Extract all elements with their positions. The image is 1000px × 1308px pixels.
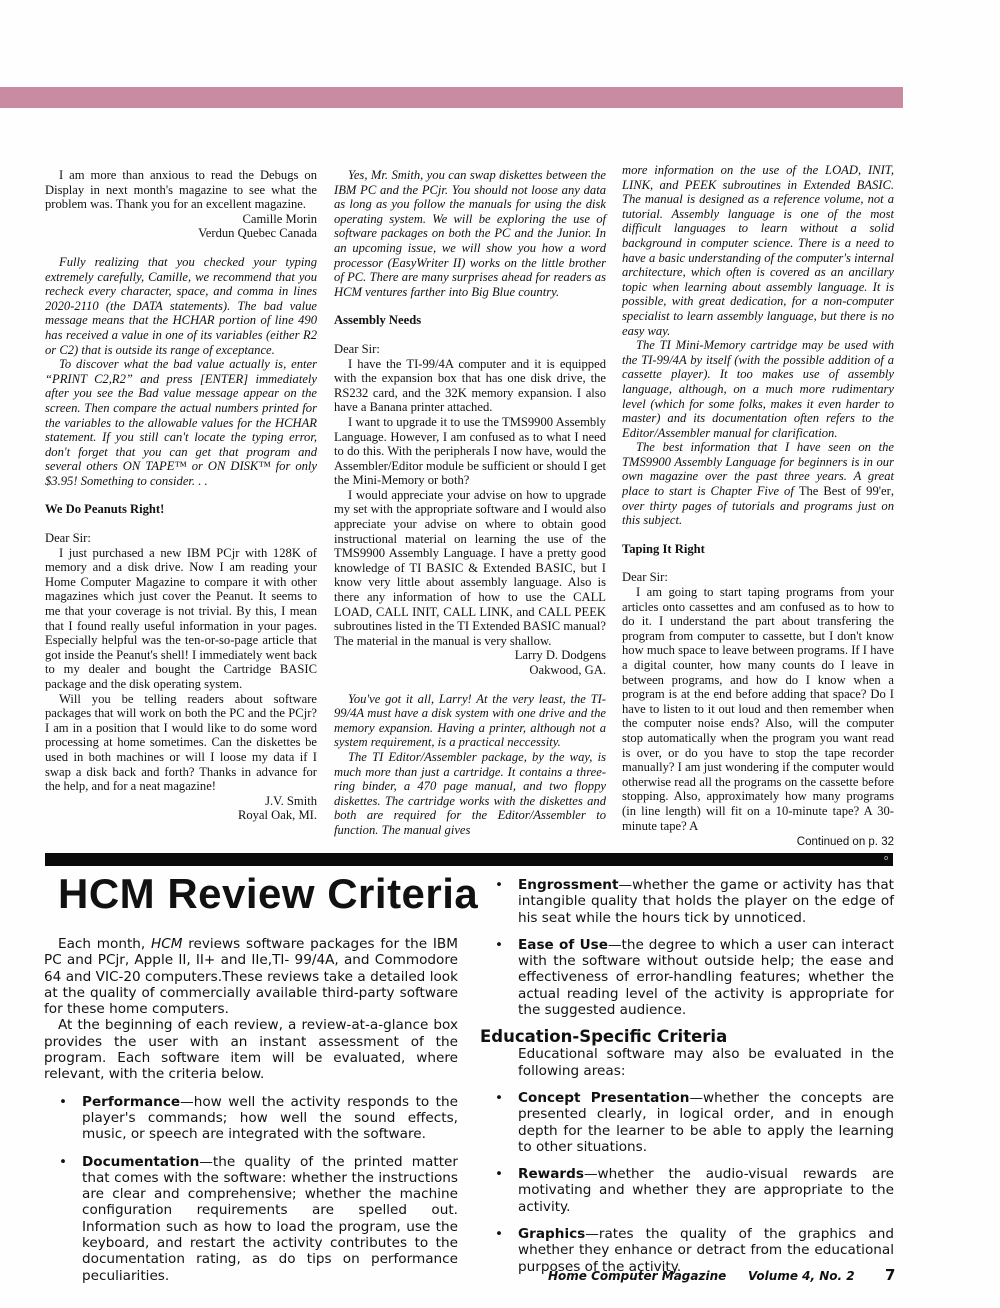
section-title: HCM Review Criteria: [58, 870, 478, 918]
signature-name: Larry D. Dodgens: [334, 648, 606, 663]
criteria-term: Performance: [82, 1094, 180, 1110]
bullet-icon: •: [495, 937, 503, 953]
letters-column-3: more information on the use of the LOAD,…: [622, 163, 894, 850]
review-criteria-column-1: Each month, HCM reviews software package…: [44, 936, 458, 1284]
editor-reply: The TI Mini-Memory cartridge may be used…: [622, 338, 894, 440]
letter-heading: Taping It Right: [622, 542, 894, 557]
continued-link[interactable]: Continued on p. 32: [622, 835, 894, 850]
signature-place: Oakwood, GA.: [334, 663, 606, 678]
letter-heading: Assembly Needs: [334, 313, 606, 328]
volume-issue: Volume 4, No. 2: [748, 1269, 885, 1283]
criteria-term: Ease of Use: [518, 937, 608, 953]
edu-intro: Educational software may also be evaluat…: [480, 1046, 894, 1079]
hcm-emphasis: HCM: [151, 936, 182, 952]
letter-paragraph: I want to upgrade it to use the TMS9900 …: [334, 415, 606, 488]
editor-reply: You've got it all, Larry! At the very le…: [334, 692, 606, 750]
bullet-icon: •: [495, 1226, 503, 1242]
criteria-term: Engrossment: [518, 877, 618, 893]
book-title: The Best of 99'er: [799, 484, 891, 498]
editor-reply: Fully realizing that you checked your ty…: [45, 255, 317, 357]
editor-reply: Yes, Mr. Smith, you can swap diskettes b…: [334, 168, 606, 299]
editor-reply: The best information that I have seen on…: [622, 440, 894, 528]
criteria-item-ease-of-use: •Ease of Use—the degree to which a user …: [480, 937, 894, 1018]
bullet-icon: •: [59, 1094, 67, 1110]
editor-reply: more information on the use of the LOAD,…: [622, 163, 894, 338]
rule-mark-icon: o: [884, 855, 888, 862]
salutation: Dear Sir:: [334, 342, 606, 357]
bullet-icon: •: [59, 1154, 67, 1170]
bullet-icon: •: [495, 877, 503, 893]
criteria-item-concept-presentation: •Concept Presentation—whether the concep…: [480, 1090, 894, 1155]
subsection-heading: Education-Specific Criteria: [480, 1028, 894, 1046]
letter-paragraph: I am going to start taping programs from…: [622, 585, 894, 833]
letter-paragraph: Will you be telling readers about softwa…: [45, 692, 317, 794]
page-number: 7: [885, 1266, 895, 1284]
signature-name: Camille Morin: [45, 212, 317, 227]
editor-reply: The TI Editor/Assembler package, by the …: [334, 750, 606, 838]
edu-criteria-list: •Concept Presentation—whether the concep…: [480, 1090, 894, 1275]
salutation: Dear Sir:: [622, 570, 894, 585]
criteria-term: Documentation: [82, 1154, 199, 1170]
criteria-item-documentation: •Documentation—the quality of the printe…: [44, 1154, 458, 1284]
magazine-name: Home Computer Magazine: [548, 1269, 748, 1283]
editor-reply: To discover what the bad value actually …: [45, 357, 317, 488]
letter-paragraph: I would appreciate your advise on how to…: [334, 488, 606, 649]
criteria-desc: —the quality of the printed matter that …: [82, 1154, 458, 1284]
criteria-term: Rewards: [518, 1166, 584, 1182]
letters-column-2: Yes, Mr. Smith, you can swap diskettes b…: [334, 168, 606, 838]
criteria-item-engrossment: •Engrossment—whether the game or activit…: [480, 877, 894, 926]
criteria-term: Graphics: [518, 1226, 585, 1242]
bullet-icon: •: [495, 1090, 503, 1106]
intro-text: Each month,: [58, 936, 151, 952]
review-criteria-column-2: •Engrossment—whether the game or activit…: [480, 877, 894, 1275]
header-color-bar: [0, 87, 903, 108]
signature-name: J.V. Smith: [45, 794, 317, 809]
criteria-list: •Performance—how well the activity respo…: [44, 1094, 458, 1284]
intro-paragraph: At the beginning of each review, a revie…: [44, 1017, 458, 1082]
signature-place: Royal Oak, MI.: [45, 808, 317, 823]
letters-column-1: I am more than anxious to read the Debug…: [45, 168, 317, 823]
letter-heading: We Do Peanuts Right!: [45, 502, 317, 517]
criteria-item-performance: •Performance—how well the activity respo…: [44, 1094, 458, 1143]
letter-paragraph: I just purchased a new IBM PCjr with 128…: [45, 546, 317, 692]
page-footer: Home Computer MagazineVolume 4, No. 27: [548, 1266, 895, 1284]
section-divider-rule: o: [45, 853, 893, 866]
letter-paragraph: I am more than anxious to read the Debug…: [45, 168, 317, 212]
criteria-term: Concept Presentation: [518, 1090, 689, 1106]
bullet-icon: •: [495, 1166, 503, 1182]
criteria-list: •Engrossment—whether the game or activit…: [480, 877, 894, 1018]
salutation: Dear Sir:: [45, 531, 317, 546]
criteria-item-rewards: •Rewards—whether the audio-visual reward…: [480, 1166, 894, 1215]
signature-place: Verdun Quebec Canada: [45, 226, 317, 241]
letter-paragraph: I have the TI-99/4A computer and it is e…: [334, 357, 606, 415]
intro-paragraph: Each month, HCM reviews software package…: [44, 936, 458, 1017]
